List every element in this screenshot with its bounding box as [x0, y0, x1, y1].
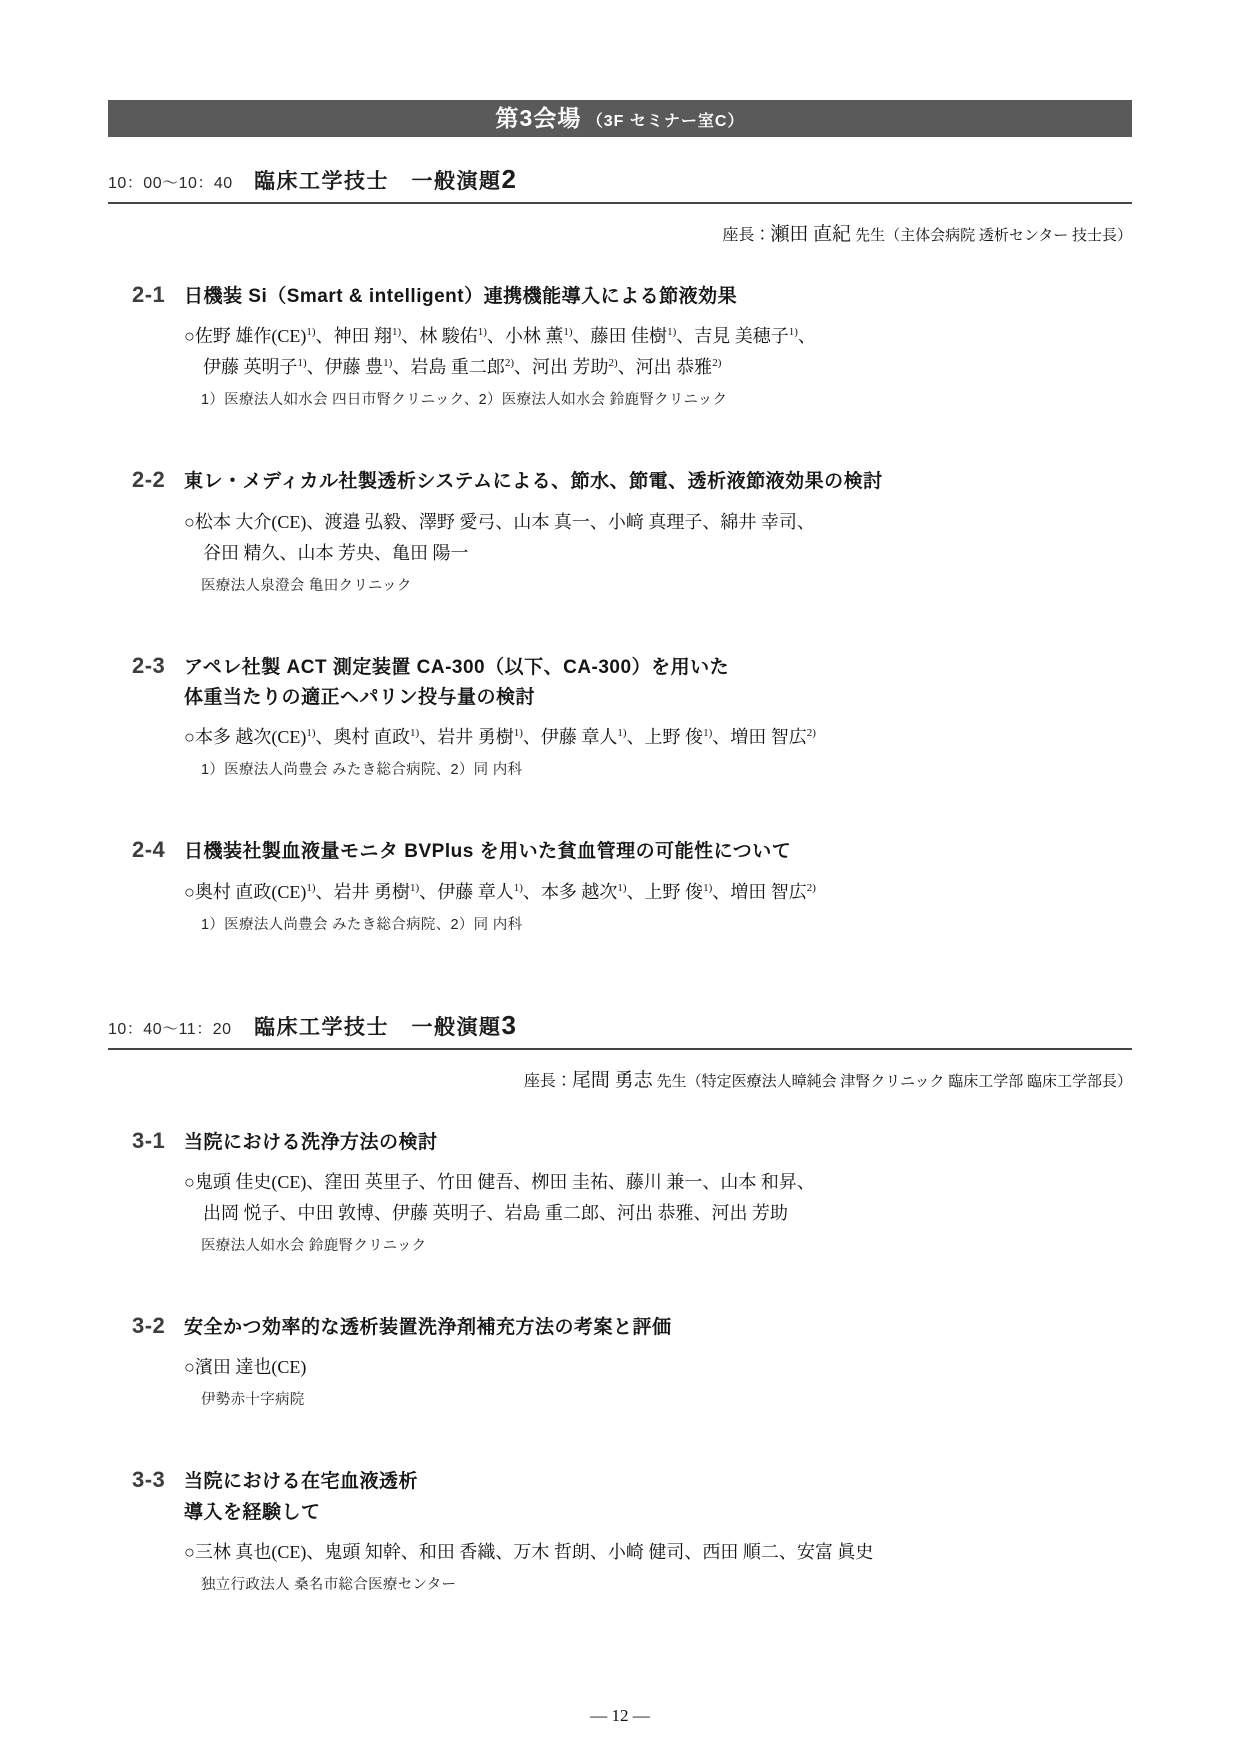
- presentation: 2-3 アペレ社製 ACT 測定装置 CA-300（以下、CA-300）を用いた…: [108, 653, 1132, 780]
- chair-name: 瀬田 直紀: [770, 224, 851, 245]
- presentation-body: 当院における在宅血液透析導入を経験して ○三林 真也(CE)、鬼頭 知幹、和田 …: [184, 1467, 1132, 1594]
- session-time: 10：40～11：20: [108, 1016, 254, 1039]
- chair-name: 尾間 勇志: [572, 1070, 653, 1091]
- presentation-affiliation: 1）医療法人如水会 四日市腎クリニック、2）医療法人如水会 鈴鹿腎クリニック: [184, 388, 1132, 409]
- chair-affiliation: 先生（特定医療法人暲純会 津腎クリニック 臨床工学部 臨床工学部長）: [657, 1074, 1132, 1090]
- chair-label: 座長：: [722, 227, 770, 244]
- presentation-affiliation: 伊勢赤十字病院: [184, 1388, 1132, 1409]
- author-line: ○奥村 直政(CE)1)、岩井 勇樹1)、伊藤 章人1)、本多 越次1)、上野 …: [184, 877, 1132, 908]
- session-chair: 座長：尾間 勇志 先生（特定医療法人暲純会 津腎クリニック 臨床工学部 臨床工学…: [108, 1065, 1132, 1092]
- presentation-body: 当院における洗浄方法の検討 ○鬼頭 佳史(CE)、窪田 英里子、竹田 健吾、栁田…: [184, 1128, 1132, 1255]
- presentation-title: アペレ社製 ACT 測定装置 CA-300（以下、CA-300）を用いた体重当た…: [184, 653, 1132, 714]
- session-divider: [108, 202, 1132, 204]
- venue-room: （3F セミナー室C）: [587, 113, 745, 130]
- presentation-authors: ○三林 真也(CE)、鬼頭 知幹、和田 香織、万木 哲朗、小崎 健司、西田 順二…: [184, 1537, 1132, 1568]
- presentation-title: 当院における洗浄方法の検討: [184, 1128, 1132, 1158]
- presentations: 3-1 当院における洗浄方法の検討 ○鬼頭 佳史(CE)、窪田 英里子、竹田 健…: [108, 1128, 1132, 1594]
- program-page: 第3会場 （3F セミナー室C） 10：00～10：40 臨床工学技士 一般演題…: [0, 0, 1240, 1594]
- presentation-affiliation: 独立行政法人 桑名市総合医療センター: [184, 1573, 1132, 1594]
- author-line: 谷田 精久、山本 芳央、亀田 陽一: [184, 538, 1132, 569]
- venue-header-bar: 第3会場 （3F セミナー室C）: [108, 100, 1132, 137]
- presentation: 2-4 日機装社製血液量モニタ BVPlus を用いた貧血管理の可能性について …: [108, 837, 1132, 933]
- presentation: 3-2 安全かつ効率的な透析装置洗浄剤補充方法の考案と評価 ○濱田 達也(CE)…: [108, 1313, 1132, 1409]
- author-line: 出岡 悦子、中田 敦博、伊藤 英明子、岩島 重二郎、河出 恭雅、河出 芳助: [184, 1198, 1132, 1229]
- chair-affiliation: 先生（主体会病院 透析センター 技士長）: [855, 228, 1132, 244]
- presentation: 2-1 日機装 Si（Smart & intelligent）連携機能導入による…: [108, 282, 1132, 409]
- presentation-authors: ○本多 越次(CE)1)、奥村 直政1)、岩井 勇樹1)、伊藤 章人1)、上野 …: [184, 722, 1132, 753]
- presentation-number: 2-3: [108, 653, 184, 780]
- author-line: ○松本 大介(CE)、渡邉 弘毅、澤野 愛弓、山本 真一、小﨑 真理子、綿井 幸…: [184, 507, 1132, 538]
- presentation-authors: ○松本 大介(CE)、渡邉 弘毅、澤野 愛弓、山本 真一、小﨑 真理子、綿井 幸…: [184, 507, 1132, 569]
- presentation-title: 安全かつ効率的な透析装置洗浄剤補充方法の考案と評価: [184, 1313, 1132, 1343]
- session: 10：00～10：40 臨床工学技士 一般演題2 座長：瀬田 直紀 先生（主体会…: [108, 164, 1132, 934]
- author-line: ○本多 越次(CE)1)、奥村 直政1)、岩井 勇樹1)、伊藤 章人1)、上野 …: [184, 722, 1132, 753]
- session-header: 10：00～10：40 臨床工学技士 一般演題2: [108, 164, 1132, 195]
- presentation-body: 東レ・メディカル社製透析システムによる、節水、節電、透析液節液効果の検討 ○松本…: [184, 467, 1132, 594]
- presentation: 3-3 当院における在宅血液透析導入を経験して ○三林 真也(CE)、鬼頭 知幹…: [108, 1467, 1132, 1594]
- presentation-title: 日機装 Si（Smart & intelligent）連携機能導入による節液効果: [184, 282, 1132, 312]
- page-number: — 12 —: [0, 1706, 1240, 1726]
- presentation-authors: ○佐野 雄作(CE)1)、神田 翔1)、林 駿佑1)、小林 薫1)、藤田 佳樹1…: [184, 321, 1132, 383]
- session-title: 臨床工学技士 一般演題3: [254, 1010, 517, 1041]
- presentation-number: 3-3: [108, 1467, 184, 1594]
- chair-label: 座長：: [524, 1073, 572, 1090]
- presentation-affiliation: 医療法人泉澄会 亀田クリニック: [184, 574, 1132, 595]
- session-divider: [108, 1048, 1132, 1050]
- author-line: ○濱田 達也(CE): [184, 1352, 1132, 1383]
- presentation-body: 安全かつ効率的な透析装置洗浄剤補充方法の考案と評価 ○濱田 達也(CE) 伊勢赤…: [184, 1313, 1132, 1409]
- session-time: 10：00～10：40: [108, 170, 254, 193]
- presentation-number: 3-1: [108, 1128, 184, 1255]
- sessions: 10：00～10：40 臨床工学技士 一般演題2 座長：瀬田 直紀 先生（主体会…: [108, 164, 1132, 1594]
- presentation-number: 2-2: [108, 467, 184, 594]
- session-chair: 座長：瀬田 直紀 先生（主体会病院 透析センター 技士長）: [108, 219, 1132, 246]
- session-title-number: 2: [502, 164, 518, 194]
- presentation-number: 2-1: [108, 282, 184, 409]
- venue-title: 第3会場: [496, 105, 582, 131]
- author-line: ○佐野 雄作(CE)1)、神田 翔1)、林 駿佑1)、小林 薫1)、藤田 佳樹1…: [184, 321, 1132, 352]
- session-header: 10：40～11：20 臨床工学技士 一般演題3: [108, 1010, 1132, 1041]
- presentation-authors: ○鬼頭 佳史(CE)、窪田 英里子、竹田 健吾、栁田 圭祐、藤川 兼一、山本 和…: [184, 1167, 1132, 1229]
- session-title-number: 3: [502, 1010, 518, 1040]
- presentation: 2-2 東レ・メディカル社製透析システムによる、節水、節電、透析液節液効果の検討…: [108, 467, 1132, 594]
- author-line: ○鬼頭 佳史(CE)、窪田 英里子、竹田 健吾、栁田 圭祐、藤川 兼一、山本 和…: [184, 1167, 1132, 1198]
- presentation-number: 2-4: [108, 837, 184, 933]
- author-line: 伊藤 英明子1)、伊藤 豊1)、岩島 重二郎2)、河出 芳助2)、河出 恭雅2): [184, 352, 1132, 383]
- presentation-affiliation: 1）医療法人尚豊会 みたき総合病院、2）同 内科: [184, 913, 1132, 934]
- presentation-affiliation: 1）医療法人尚豊会 みたき総合病院、2）同 内科: [184, 758, 1132, 779]
- presentation-authors: ○奥村 直政(CE)1)、岩井 勇樹1)、伊藤 章人1)、本多 越次1)、上野 …: [184, 877, 1132, 908]
- presentation-number: 3-2: [108, 1313, 184, 1409]
- presentation-title: 当院における在宅血液透析導入を経験して: [184, 1467, 1132, 1528]
- session-title: 臨床工学技士 一般演題2: [254, 164, 517, 195]
- presentation-authors: ○濱田 達也(CE): [184, 1352, 1132, 1383]
- presentation-title: 日機装社製血液量モニタ BVPlus を用いた貧血管理の可能性について: [184, 837, 1132, 867]
- session: 10：40～11：20 臨床工学技士 一般演題3 座長：尾間 勇志 先生（特定医…: [108, 1010, 1132, 1594]
- presentation-body: 日機装 Si（Smart & intelligent）連携機能導入による節液効果…: [184, 282, 1132, 409]
- presentations: 2-1 日機装 Si（Smart & intelligent）連携機能導入による…: [108, 282, 1132, 934]
- session-title-text: 臨床工学技士 一般演題: [254, 1016, 502, 1039]
- presentation-affiliation: 医療法人如水会 鈴鹿腎クリニック: [184, 1234, 1132, 1255]
- presentation-body: アペレ社製 ACT 測定装置 CA-300（以下、CA-300）を用いた体重当た…: [184, 653, 1132, 780]
- session-title-text: 臨床工学技士 一般演題: [254, 170, 502, 193]
- presentation-title: 東レ・メディカル社製透析システムによる、節水、節電、透析液節液効果の検討: [184, 467, 1132, 497]
- presentation-body: 日機装社製血液量モニタ BVPlus を用いた貧血管理の可能性について ○奥村 …: [184, 837, 1132, 933]
- presentation: 3-1 当院における洗浄方法の検討 ○鬼頭 佳史(CE)、窪田 英里子、竹田 健…: [108, 1128, 1132, 1255]
- author-line: ○三林 真也(CE)、鬼頭 知幹、和田 香織、万木 哲朗、小崎 健司、西田 順二…: [184, 1537, 1132, 1568]
